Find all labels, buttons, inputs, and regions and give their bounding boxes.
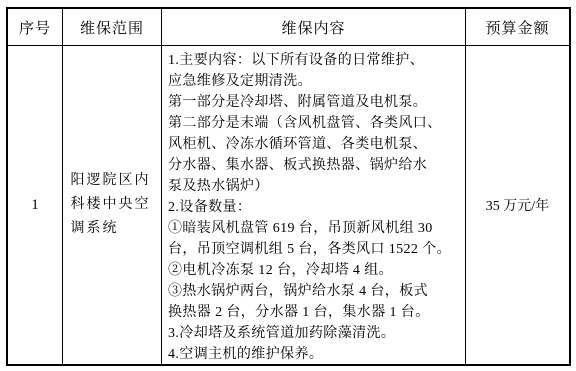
header-serial-label: 序号 (19, 17, 51, 38)
budget-amount-value: 35 万元/年 (486, 195, 549, 215)
header-content-label: 维保内容 (281, 17, 345, 38)
header-budget-label: 预算金额 (485, 17, 549, 38)
cell-serial-number: 1 (8, 46, 63, 364)
serial-number-value: 1 (31, 197, 39, 214)
cell-budget-amount: 35 万元/年 (466, 46, 569, 364)
header-budget-amount: 预算金额 (466, 9, 569, 46)
header-maintenance-scope: 维保范围 (63, 9, 162, 46)
header-serial-number: 序号 (8, 9, 63, 46)
maintenance-table: 序号 维保范围 维保内容 预算金额 1 阳逻院区内科楼中央空调系统 1.主要内容… (6, 7, 571, 366)
cell-maintenance-scope: 阳逻院区内科楼中央空调系统 (63, 46, 162, 364)
cell-maintenance-content: 1.主要内容：以下所有设备的日常维护、 应急维修及定期清洗。 第一部分是冷却塔、… (162, 46, 466, 364)
header-maintenance-content: 维保内容 (162, 9, 466, 46)
header-scope-label: 维保范围 (80, 17, 144, 38)
maintenance-scope-text: 阳逻院区内科楼中央空调系统 (71, 169, 154, 241)
